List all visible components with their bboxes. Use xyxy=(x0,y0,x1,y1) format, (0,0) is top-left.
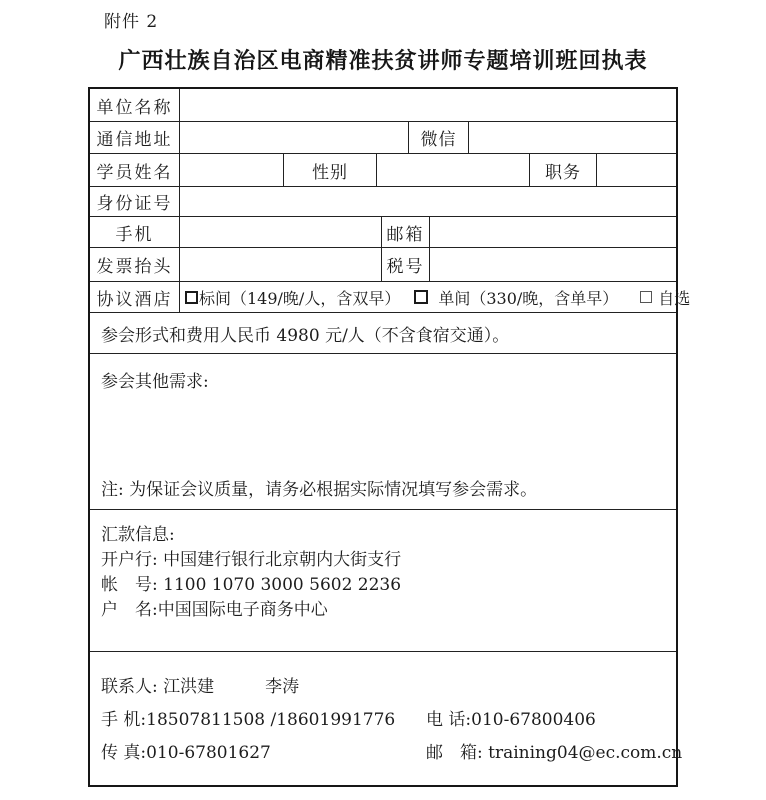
remittance-account-line: 帐 号: 1100 1070 3000 5602 2236 xyxy=(101,573,401,598)
address-label: 通信地址 xyxy=(90,122,180,153)
position-field xyxy=(597,154,676,186)
contact-email: 邮 箱: training04@ec.com.cn xyxy=(426,738,682,760)
contact-fax-line: 传 真:010-67801627 邮 箱: training04@ec.com.… xyxy=(101,738,682,760)
mobile-field xyxy=(180,217,382,247)
contacts-cell: 联系人: 江洪建 李涛 手 机:18507811508 /18601991776… xyxy=(90,652,692,785)
self-choice-label: 自选 xyxy=(658,286,690,309)
student-name-label: 学员姓名 xyxy=(90,154,180,186)
standard-room-label: 标间（149/晚/人，含双早） xyxy=(199,286,400,309)
row-unit-name: 单位名称 xyxy=(90,89,676,122)
remittance-name-line: 户 名:中国国际电子商务中心 xyxy=(101,598,328,623)
remittance-cell: 汇款信息: 开户行: 中国建行银行北京朝内大街支行 帐 号: 1100 1070… xyxy=(90,510,676,651)
standard-room-checkbox xyxy=(185,291,198,304)
id-number-label: 身份证号 xyxy=(90,187,180,216)
remittance-bank-line: 开户行: 中国建行银行北京朝内大街支行 xyxy=(101,548,401,573)
hotel-options: 标间（149/晚/人，含双早） 单间（330/晚，含单早） 自选 xyxy=(180,282,690,312)
email-field xyxy=(430,217,676,247)
remittance-heading: 汇款信息: xyxy=(101,523,175,548)
invoice-title-field xyxy=(180,248,382,281)
position-label: 职务 xyxy=(530,154,597,186)
row-hotel: 协议酒店 标间（149/晚/人，含双早） 单间（330/晚，含单早） 自选 xyxy=(90,282,676,313)
row-other-needs: 参会其他需求: 注: 为保证会议质量，请务必根据实际情况填写参会需求。 xyxy=(90,354,676,510)
contact-mobile: 手 机:18507811508 /18601991776 xyxy=(101,705,426,727)
row-fee: 参会形式和费用人民币 4980 元/人（不含食宿交通）。 xyxy=(90,313,676,354)
wechat-label: 微信 xyxy=(409,122,469,153)
registration-form-table: 单位名称 通信地址 微信 学员姓名 性别 职务 身份证号 手机 邮箱 发票抬头 … xyxy=(88,87,678,787)
row-contacts: 联系人: 江洪建 李涛 手 机:18507811508 /18601991776… xyxy=(90,652,676,785)
row-remittance: 汇款信息: 开户行: 中国建行银行北京朝内大街支行 帐 号: 1100 1070… xyxy=(90,510,676,652)
attachment-label: 附件 2 xyxy=(104,7,158,32)
unit-name-label: 单位名称 xyxy=(90,89,180,121)
student-name-field xyxy=(180,154,284,186)
self-choice-checkbox xyxy=(640,291,652,303)
contact-phone: 电 话:010-67800406 xyxy=(426,705,596,727)
id-number-field xyxy=(180,187,676,216)
gender-label: 性别 xyxy=(284,154,377,186)
address-field xyxy=(180,122,409,153)
wechat-field xyxy=(469,122,676,153)
contact-persons-line: 联系人: 江洪建 李涛 xyxy=(101,672,682,694)
tax-number-label: 税号 xyxy=(382,248,430,281)
row-id-number: 身份证号 xyxy=(90,187,676,217)
row-invoice: 发票抬头 税号 xyxy=(90,248,676,282)
hotel-option-single: 单间（330/晚，含单早） xyxy=(414,286,618,309)
hotel-label: 协议酒店 xyxy=(90,282,180,312)
single-room-label: 单间（330/晚，含单早） xyxy=(438,286,618,309)
hotel-option-self: 自选 xyxy=(640,286,690,309)
needs-note-text: 注: 为保证会议质量，请务必根据实际情况填写参会需求。 xyxy=(101,475,537,500)
other-needs-label: 参会其他需求: xyxy=(101,367,209,392)
unit-name-field xyxy=(180,89,676,121)
email-label: 邮箱 xyxy=(382,217,430,247)
row-student: 学员姓名 性别 职务 xyxy=(90,154,676,187)
row-mobile: 手机 邮箱 xyxy=(90,217,676,248)
contact-fax: 传 真:010-67801627 xyxy=(101,738,426,760)
contact-mobile-line: 手 机:18507811508 /18601991776 电 话:010-678… xyxy=(101,705,682,727)
mobile-label: 手机 xyxy=(90,217,180,247)
page-title: 广西壮族自治区电商精准扶贫讲师专题培训班回执表 xyxy=(0,44,766,75)
other-needs-cell: 参会其他需求: 注: 为保证会议质量，请务必根据实际情况填写参会需求。 xyxy=(90,354,676,509)
tax-number-field xyxy=(430,248,676,281)
single-room-checkbox xyxy=(414,290,428,304)
contact-persons: 联系人: 江洪建 李涛 xyxy=(101,672,426,694)
invoice-title-label: 发票抬头 xyxy=(90,248,180,281)
fee-text: 参会形式和费用人民币 4980 元/人（不含食宿交通）。 xyxy=(90,313,676,353)
gender-field xyxy=(377,154,530,186)
hotel-option-standard: 标间（149/晚/人，含双早） xyxy=(185,286,400,309)
row-address: 通信地址 微信 xyxy=(90,122,676,154)
